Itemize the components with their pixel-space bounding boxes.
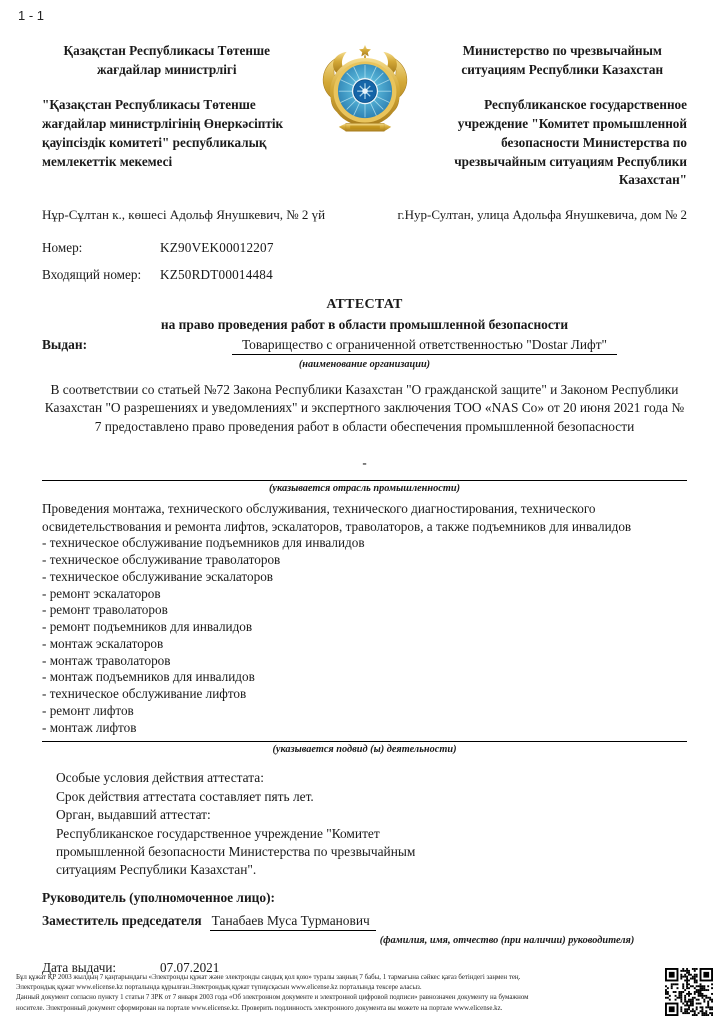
legal-basis-paragraph: В соответствии со статьей №72 Закона Рес… [42,381,687,437]
address-ru: г.Нур-Султан, улица Адольфа Янушкевича, … [397,206,687,224]
head-label: Руководитель (уполномоченное лицо): [42,890,687,906]
institution-title-ru: Республиканское государственное учрежден… [438,96,688,190]
signer-caption: (фамилия, имя, отчество (при наличии) ру… [342,935,672,946]
condition-line: Особые условия действия аттестата: [56,769,687,787]
activity-item: - монтаж траволаторов [42,653,687,670]
condition-line: ситуациям Республики Казахстан". [56,861,687,879]
activities-caption: (указывается подвид (ы) деятельности) [42,744,687,755]
emblem-container [316,42,414,147]
condition-line: Орган, выдавший аттестат: [56,806,687,824]
document-title: АТТЕСТАТ [42,297,687,313]
address-row: Нұр-Сұлтан к., көшесі Адольф Янушкевич, … [42,206,687,224]
number-value: KZ90VEK00012207 [160,240,274,256]
activity-item: - монтаж лифтов [42,720,687,737]
incoming-number-row: Входящий номер: KZ50RDT00014484 [42,267,687,283]
address-kk: Нұр-Сұлтан к., көшесі Адольф Янушкевич, … [42,206,325,224]
header-column-kazakh: Қазақстан Республикасы Төтенше жағдайлар… [42,42,292,171]
issued-label: Выдан: [42,337,162,353]
kazakhstan-coat-of-arms-icon [317,42,413,147]
legal-footer: Бұл құжат ҚР 2003 жылдың 7 қаңтарындағы … [16,973,645,1014]
activity-item: - ремонт траволаторов [42,602,687,619]
document-subtitle: на право проведения работ в области пром… [42,317,687,333]
signer-name: Танабаев Муса Турманович [210,913,376,931]
activity-item: - монтаж эскалаторов [42,636,687,653]
activity-item: - ремонт подъемников для инвалидов [42,619,687,636]
activity-item: - техническое обслуживание траволаторов [42,552,687,569]
qr-code-icon [665,968,713,1016]
institution-title-kk: "Қазақстан Республикасы Төтенше жағдайла… [42,96,292,171]
condition-line: Срок действия аттестата составляет пять … [56,788,687,806]
footer-line: Бұл құжат ҚР 2003 жылдың 7 қаңтарындағы … [16,973,645,983]
activity-item: - ремонт эскалаторов [42,586,687,603]
ministry-title-kk: Қазақстан Республикасы Төтенше жағдайлар… [42,42,292,79]
number-label: Номер: [42,240,160,256]
signature-row: Заместитель председателя Танабаев Муса Т… [42,913,687,931]
issued-organization: Товарищество с ограниченной ответственно… [232,337,617,355]
condition-line: промышленной безопасности Министерства п… [56,843,687,861]
activity-item: - техническое обслуживание эскалаторов [42,569,687,586]
activities-section: Проведения монтажа, технического обслужи… [42,500,687,736]
activity-item: - монтаж подъемников для инвалидов [42,669,687,686]
ministry-title-ru: Министерство по чрезвычайным ситуациям Р… [438,42,688,79]
certificate-page: 1 - 1 Қазақстан Республикасы Төтенше жағ… [0,0,723,1024]
number-row: Номер: KZ90VEK00012207 [42,240,687,256]
condition-line: Республиканское государственное учрежден… [56,825,687,843]
incoming-number-label: Входящий номер: [42,267,160,283]
footer-line: Электрондық құжат www.elicense.kz портал… [16,983,645,993]
activities-underline [42,741,687,742]
issued-organization-wrap: Товарищество с ограниченной ответственно… [162,337,687,355]
issued-row: Выдан: Товарищество с ограниченной ответ… [42,337,687,355]
document-header: Қазақстан Республикасы Төтенше жағдайлар… [42,42,687,190]
header-column-russian: Министерство по чрезвычайным ситуациям Р… [438,42,688,190]
industry-value: - [42,455,687,471]
activity-item: - техническое обслуживание подъемников д… [42,535,687,552]
signer-position: Заместитель председателя [42,913,202,929]
industry-caption: (указывается отрасль промышленности) [42,483,687,494]
conditions-section: Особые условия действия аттестата:Срок д… [42,769,687,879]
footer-line: Данный документ согласно пункту 1 статьи… [16,993,645,1003]
activity-item: - ремонт лифтов [42,703,687,720]
document-content: Қазақстан Республикасы Төтенше жағдайлар… [0,0,723,976]
organization-caption: (наименование организации) [42,359,687,370]
activity-item: - техническое обслуживание лифтов [42,686,687,703]
incoming-number-value: KZ50RDT00014484 [160,267,273,283]
industry-underline [42,480,687,481]
footer-line: носителе. Электронный документ сформиров… [16,1004,645,1014]
page-indicator: 1 - 1 [18,8,44,23]
activities-intro: Проведения монтажа, технического обслужи… [42,500,687,535]
activities-list: - техническое обслуживание подъемников д… [42,535,687,736]
